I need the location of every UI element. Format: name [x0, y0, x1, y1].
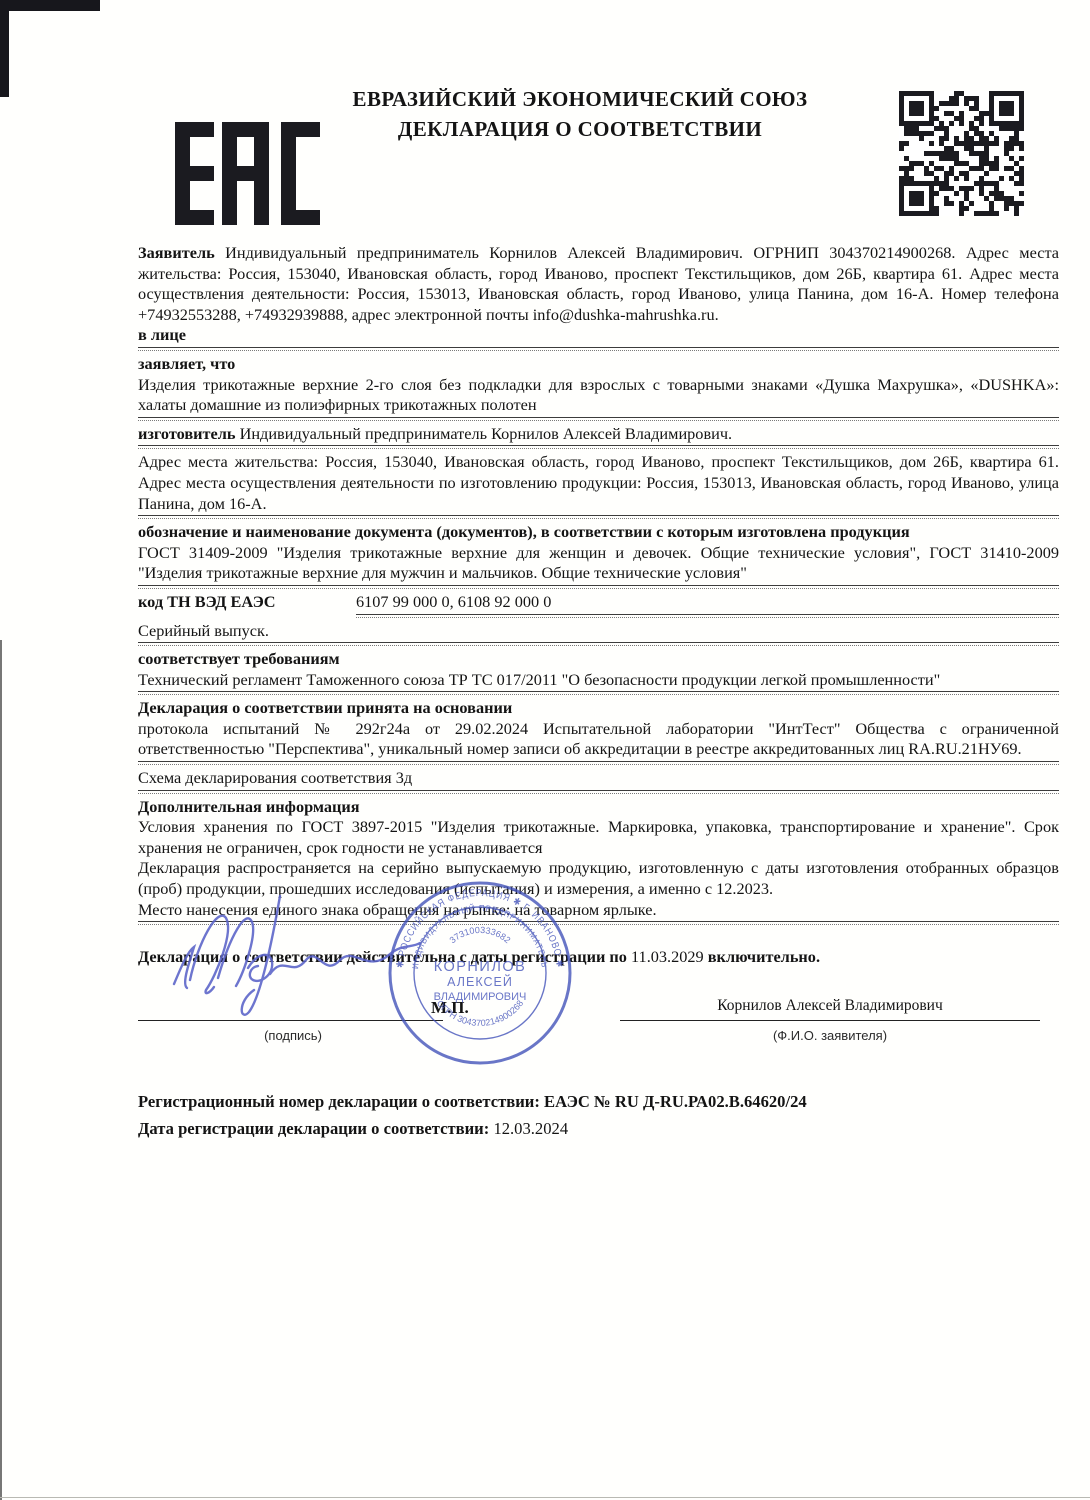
manufacturer-line: изготовитель Индивидуальный предпринимат… — [138, 424, 1059, 445]
rule — [356, 614, 1059, 618]
serial-coverage: Декларация распространяется на серийно в… — [138, 858, 1059, 899]
in-person-label: в лице — [138, 325, 1059, 346]
scan-artifact — [0, 1497, 1090, 1498]
registration-number-line: Регистрационный номер декларации о соотв… — [138, 1088, 1059, 1115]
gost-standards: ГОСТ 31409-2009 "Изделия трикотажные вер… — [138, 543, 1059, 584]
rule — [138, 585, 1059, 589]
registration-number-value: ЕАЭС № RU Д-RU.РА02.В.64620/24 — [544, 1092, 807, 1111]
declaration-scheme: Схема декларирования соответствия 3д — [138, 768, 1059, 789]
scan-artifact — [0, 0, 9, 97]
test-protocol: протокола испытаний № 292г24а от 29.02.2… — [138, 719, 1059, 760]
validity-suffix: включительно. — [708, 947, 820, 966]
qr-code — [899, 91, 1024, 221]
fio-caption: (Ф.И.О. заявителя) — [620, 1026, 1040, 1047]
manufacturer-label: изготовитель — [138, 424, 236, 443]
rule — [138, 790, 1059, 794]
signature-caption: (подпись) — [193, 1026, 393, 1047]
registration-block: Регистрационный номер декларации о соотв… — [138, 1088, 1059, 1142]
product-description: Изделия трикотажные верхние 2-го слоя бе… — [138, 375, 1059, 416]
registration-date-label: Дата регистрации декларации о соответств… — [138, 1119, 489, 1138]
doc-title: ДЕКЛАРАЦИЯ О СООТВЕТСТВИИ — [260, 114, 900, 144]
scan-artifact — [0, 640, 2, 1500]
manufacturer-name: Индивидуальный предприниматель Корнилов … — [240, 424, 733, 443]
signature-line — [138, 1020, 443, 1021]
manufacturer-address: Адрес места жительства: Россия, 153040, … — [138, 452, 1059, 514]
document-title-block: ЕВРАЗИЙСКИЙ ЭКОНОМИЧЕСКИЙ СОЮЗ ДЕКЛАРАЦИ… — [260, 84, 900, 144]
storage-conditions: Условия хранения по ГОСТ 3897-2015 "Изде… — [138, 817, 1059, 858]
validity-date: 11.03.2029 — [631, 947, 704, 966]
conforms-heading: соответствует требованиям — [138, 649, 1059, 670]
tnved-row: код ТН ВЭД ЕАЭС 6107 99 000 0, 6108 92 0… — [138, 592, 1059, 613]
tnved-codes: 6107 99 000 0, 6108 92 000 0 — [356, 592, 1059, 613]
document-body: Заявитель Индивидуальный предприниматель… — [138, 243, 1059, 1142]
rule — [138, 761, 1059, 765]
applicant-paragraph: Заявитель Индивидуальный предприниматель… — [138, 243, 1059, 325]
rule — [138, 691, 1059, 695]
applicant-text: Индивидуальный предприниматель Корнилов … — [138, 243, 1059, 324]
rule — [138, 417, 1059, 421]
technical-regulation: Технический регламент Таможенного союза … — [138, 670, 1059, 691]
fio-line — [620, 1020, 1040, 1021]
basis-heading: Декларация о соответствии принята на осн… — [138, 698, 1059, 719]
rule — [138, 642, 1059, 646]
rule — [138, 921, 1059, 925]
rule — [138, 445, 1059, 449]
union-title: ЕВРАЗИЙСКИЙ ЭКОНОМИЧЕСКИЙ СОЮЗ — [260, 84, 900, 114]
registration-date-value: 12.03.2024 — [493, 1119, 568, 1138]
registration-number-label: Регистрационный номер декларации о соотв… — [138, 1092, 540, 1111]
documents-heading: обозначение и наименование документа (до… — [138, 522, 1059, 543]
scan-artifact — [0, 0, 100, 11]
declaration-document: ЕВРАЗИЙСКИЙ ЭКОНОМИЧЕСКИЙ СОЮЗ ДЕКЛАРАЦИ… — [0, 0, 1090, 1500]
applicant-label: Заявитель — [138, 243, 215, 262]
rule — [138, 515, 1059, 519]
validity-line: Декларация о соответствии действительна … — [138, 947, 1059, 968]
mp-seal-label: М.П. — [431, 998, 469, 1019]
declares-label: заявляет, что — [138, 354, 1059, 375]
registration-date-line: Дата регистрации декларации о соответств… — [138, 1115, 1059, 1142]
validity-prefix: Декларация о соответствии действительна … — [138, 947, 627, 966]
applicant-fio: Корнилов Алексей Владимирович — [620, 996, 1040, 1017]
signature-block: (подпись) М.П. Корнилов Алексей Владимир… — [138, 974, 1059, 1074]
tnved-label: код ТН ВЭД ЕАЭС — [138, 592, 356, 613]
serial-production: Серийный выпуск. — [138, 621, 1059, 642]
mark-placement: Место нанесения единого знака обращения … — [138, 900, 1059, 921]
additional-info-heading: Дополнительная информация — [138, 797, 1059, 818]
rule — [138, 347, 1059, 351]
